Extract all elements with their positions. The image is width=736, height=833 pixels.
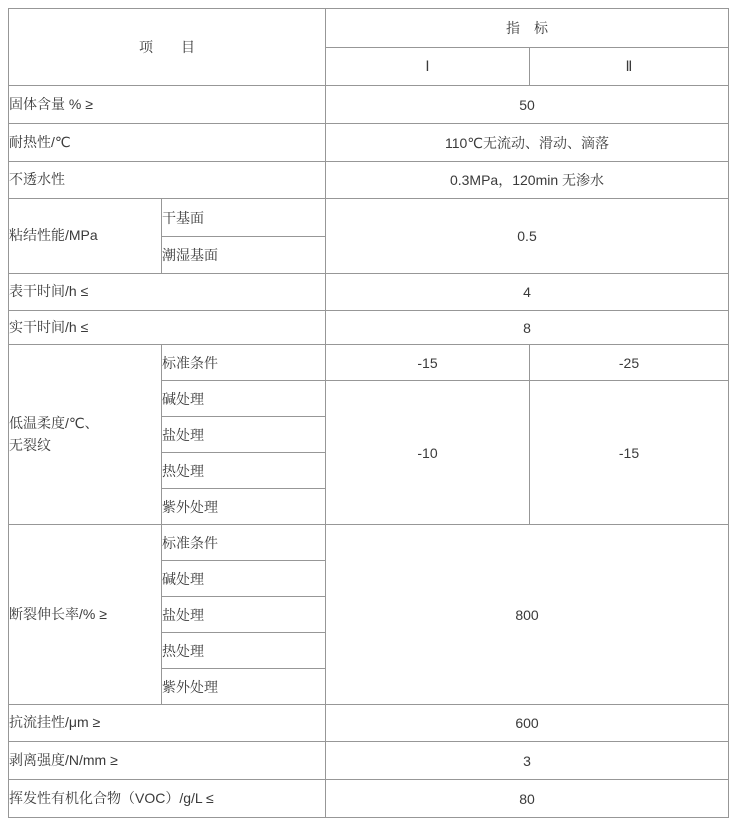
elongation-value: 800: [326, 525, 729, 705]
bonding-sub-wet: 潮湿基面: [162, 237, 326, 274]
surface-dry-time-label: 表干时间/h ≤: [9, 274, 326, 311]
bonding-value: 0.5: [326, 199, 729, 274]
solid-content-label: 固体含量 % ≥: [9, 86, 326, 124]
elongation-sub-uv: 紫外处理: [162, 669, 326, 705]
surface-dry-time-value: 4: [326, 274, 729, 311]
solid-content-value: 50: [326, 86, 729, 124]
voc-label: 挥发性有机化合物（VOC）/g/L ≤: [9, 780, 326, 818]
impermeability-label: 不透水性: [9, 162, 326, 199]
low-temp-sub-standard: 标准条件: [162, 345, 326, 381]
low-temp-standard-i: -15: [326, 345, 530, 381]
peel-strength-value: 3: [326, 742, 729, 780]
elongation-sub-alkali: 碱处理: [162, 561, 326, 597]
low-temp-sub-heat: 热处理: [162, 453, 326, 489]
low-temp-treated-ii: -15: [530, 381, 729, 525]
heat-resistance-value: 110℃无流动、滑动、滴落: [326, 124, 729, 162]
sag-resistance-value: 600: [326, 705, 729, 742]
low-temp-label: 低温柔度/℃、 无裂纹: [9, 345, 162, 525]
spec-table: 项 目 指 标 Ⅰ Ⅱ 固体含量 % ≥ 50 耐热性/℃ 110℃无流动、滑动…: [8, 8, 729, 818]
peel-strength-label: 剥离强度/N/mm ≥: [9, 742, 326, 780]
elongation-sub-salt: 盐处理: [162, 597, 326, 633]
hard-dry-time-value: 8: [326, 311, 729, 345]
voc-value: 80: [326, 780, 729, 818]
heat-resistance-label: 耐热性/℃: [9, 124, 326, 162]
header-grade-i-cell: Ⅰ: [326, 48, 530, 86]
impermeability-value: 0.3MPa，120min 无渗水: [326, 162, 729, 199]
header-grade-ii-cell: Ⅱ: [530, 48, 729, 86]
low-temp-sub-uv: 紫外处理: [162, 489, 326, 525]
bonding-sub-dry: 干基面: [162, 199, 326, 237]
sag-resistance-label: 抗流挂性/μm ≥: [9, 705, 326, 742]
hard-dry-time-label: 实干时间/h ≤: [9, 311, 326, 345]
elongation-sub-standard: 标准条件: [162, 525, 326, 561]
elongation-sub-heat: 热处理: [162, 633, 326, 669]
page: 项 目 指 标 Ⅰ Ⅱ 固体含量 % ≥ 50 耐热性/℃ 110℃无流动、滑动…: [0, 0, 736, 833]
header-index-cell: 指 标: [326, 9, 729, 48]
low-temp-standard-ii: -25: [530, 345, 729, 381]
low-temp-sub-alkali: 碱处理: [162, 381, 326, 417]
header-item-cell: 项 目: [9, 9, 326, 86]
elongation-label: 断裂伸长率/% ≥: [9, 525, 162, 705]
low-temp-treated-i: -10: [326, 381, 530, 525]
low-temp-sub-salt: 盐处理: [162, 417, 326, 453]
bonding-label: 粘结性能/MPa: [9, 199, 162, 274]
